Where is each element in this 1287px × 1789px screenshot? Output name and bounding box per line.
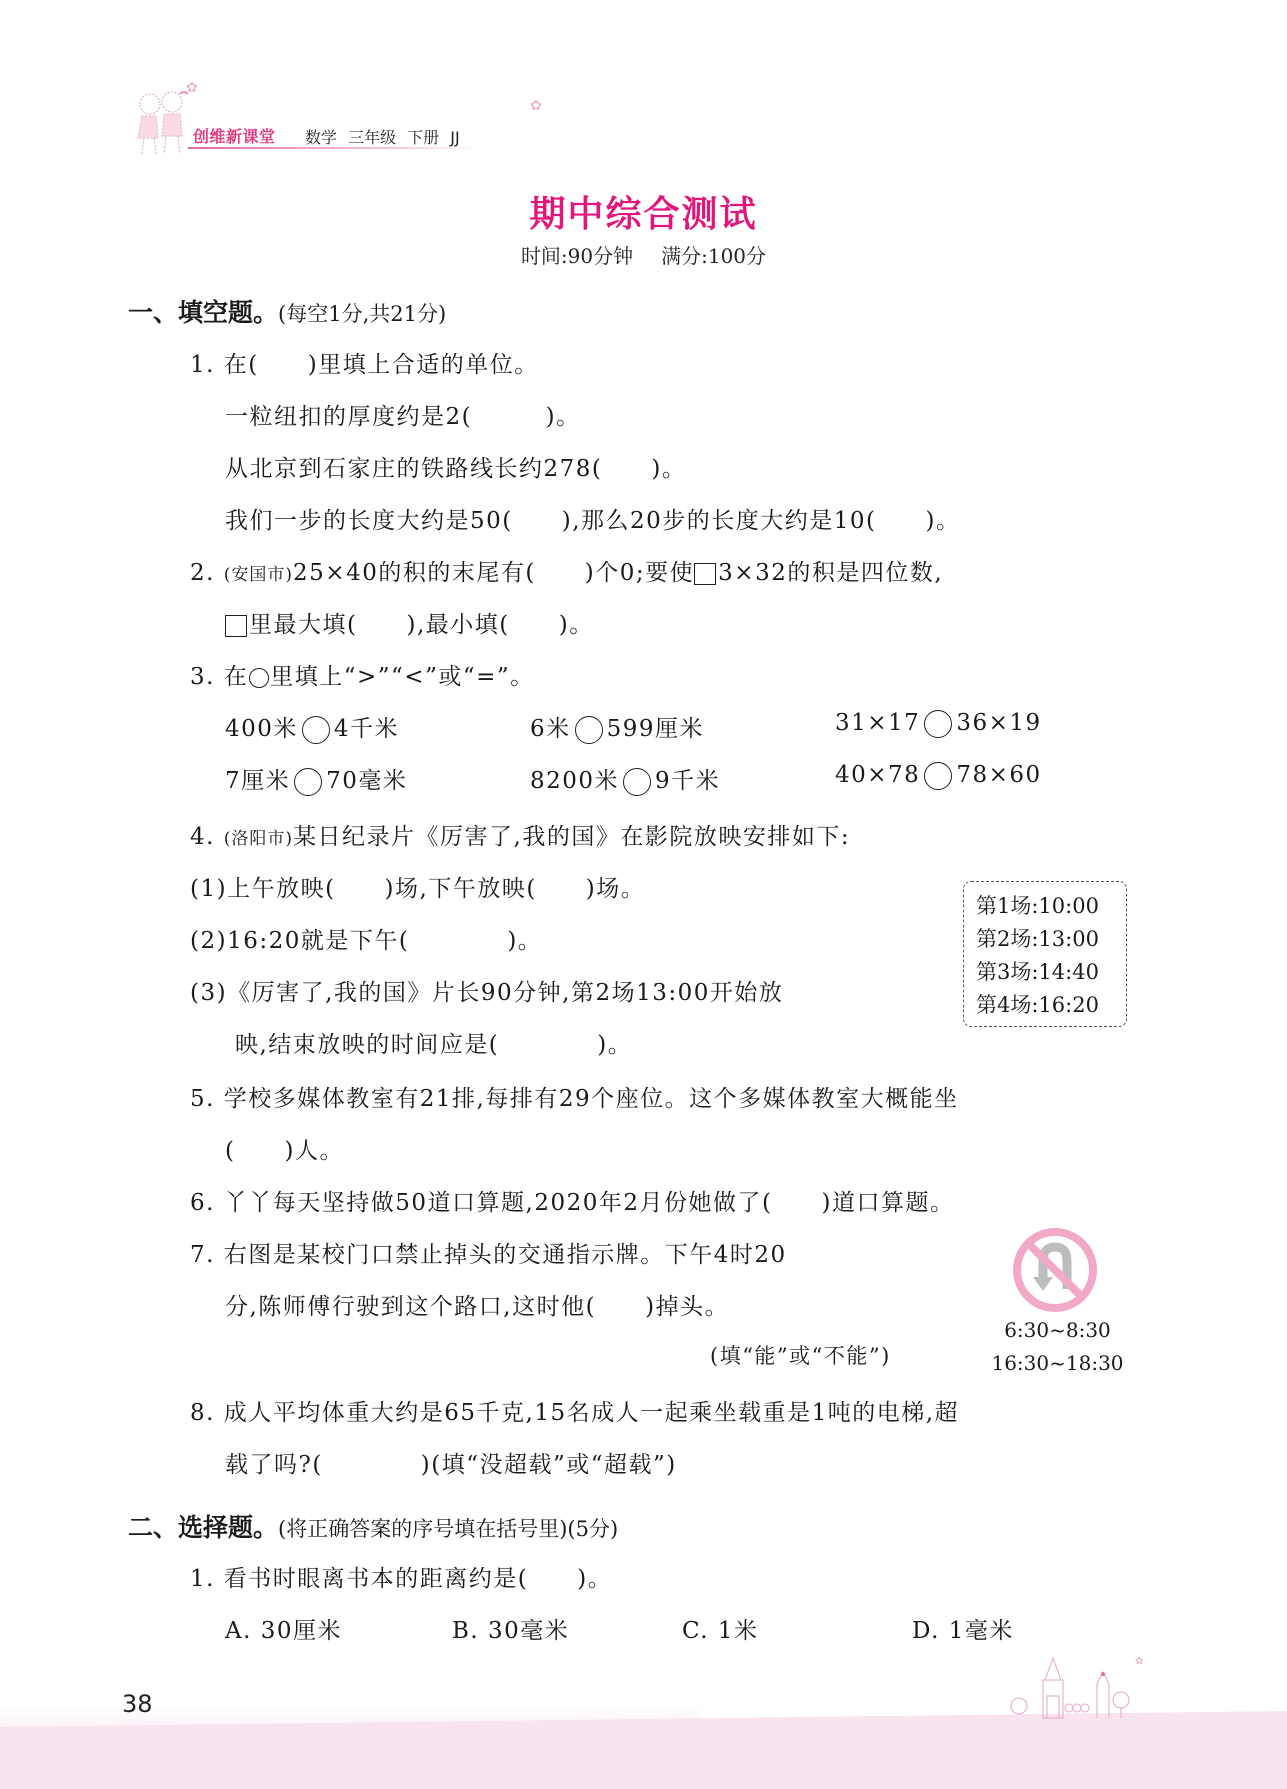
compare-item: 31×1736×19 bbox=[835, 710, 1042, 738]
question-8-line-1: 8. 成人平均体重大约是65千克,15名成人一起乘坐载重是1吨的电梯,超 bbox=[190, 1394, 959, 1427]
compare-item: 400米4千米 bbox=[225, 710, 399, 744]
circle-symbol bbox=[249, 668, 269, 688]
section-title: 二、选择题。 bbox=[128, 1513, 278, 1542]
question-4-stem: 4. (洛阳市)某日纪录片《厉害了,我的国》在影院放映安排如下: bbox=[190, 818, 850, 851]
question-7-hint: (填“能”或“不能”) bbox=[710, 1340, 891, 1370]
flower-decoration-icon: ✿ bbox=[530, 98, 542, 114]
option-b[interactable]: B. 30毫米 bbox=[452, 1612, 569, 1645]
page-title: 期中综合测试 bbox=[0, 186, 1287, 237]
question-1-line-3: 我们一步的长度大约是50( ),那么20步的长度大约是10( )。 bbox=[225, 502, 961, 535]
option-d[interactable]: D. 1毫米 bbox=[912, 1612, 1014, 1645]
option-a[interactable]: A. 30厘米 bbox=[225, 1612, 342, 1645]
schedule-row: 第2场:13:00 bbox=[976, 923, 1126, 956]
question-5-line-2: ( )人。 bbox=[225, 1132, 344, 1165]
compare-circle[interactable] bbox=[924, 710, 952, 738]
exam-full-score: 满分:100分 bbox=[661, 244, 766, 268]
question-4-part-1: (1)上午放映( )场,下午放映( )场。 bbox=[190, 870, 645, 903]
compare-circle[interactable] bbox=[302, 716, 330, 744]
question-5-line-1: 5. 学校多媒体教室有21排,每排有29个座位。这个多媒体教室大概能坐 bbox=[190, 1080, 959, 1113]
schedule-row: 第4场:16:20 bbox=[976, 989, 1126, 1022]
compare-item: 40×7878×60 bbox=[835, 762, 1042, 790]
course-info: 数学 三年级 下册 JJ bbox=[305, 125, 460, 148]
exam-info: 时间:90分钟满分:100分 bbox=[0, 240, 1287, 269]
page-number: 38 bbox=[122, 1690, 153, 1718]
question-4-part-2: (2)16:20就是下午( )。 bbox=[190, 922, 542, 955]
question-2-line-2: 里最大填( ),最小填( )。 bbox=[225, 606, 594, 639]
compare-circle[interactable] bbox=[924, 762, 952, 790]
blank-square bbox=[694, 563, 716, 585]
section-score-note: (将正确答案的序号填在括号里)(5分) bbox=[278, 1517, 618, 1541]
question-7-line-2: 分,陈师傅行驶到这个路口,这时他( )掉头。 bbox=[225, 1288, 729, 1321]
option-c[interactable]: C. 1米 bbox=[682, 1612, 759, 1645]
question-1-line-2: 从北京到石家庄的铁路线长约278( )。 bbox=[225, 450, 686, 483]
flower-decoration-icon: ✿ bbox=[186, 80, 198, 96]
section-title: 一、填空题。 bbox=[128, 298, 278, 327]
blank-square bbox=[225, 615, 247, 637]
cartoon-kids-illustration bbox=[128, 88, 198, 156]
question-4-part-3-cont: 映,结束放映的时间应是( )。 bbox=[235, 1026, 632, 1059]
sign-time-1: 6:30~8:30 bbox=[985, 1318, 1130, 1342]
section-score-note: (每空1分,共21分) bbox=[278, 302, 446, 326]
compare-item: 8200米9千米 bbox=[530, 762, 720, 796]
choice-question-1-stem: 1. 看书时眼离书本的距离约是( )。 bbox=[190, 1560, 612, 1593]
question-2-line-1: 2. (安国市)25×40的积的末尾有( )个0;要使3×32的积是四位数, bbox=[190, 554, 943, 587]
svg-text:✿: ✿ bbox=[1135, 1656, 1143, 1667]
question-1-stem: 1. 在( )里填上合适的单位。 bbox=[190, 346, 539, 379]
question-8-line-2: 载了吗?( )(填“没超载”或“超载”) bbox=[225, 1446, 677, 1479]
compare-item: 6米599厘米 bbox=[530, 710, 704, 744]
question-6: 6. 丫丫每天坚持做50道口算题,2020年2月份她做了( )道口算题。 bbox=[190, 1184, 954, 1217]
header-underline bbox=[188, 147, 478, 149]
question-3-stem: 3. 在里填上“>”“<”或“=”。 bbox=[190, 658, 535, 691]
question-4-part-3: (3)《厉害了,我的国》片长90分钟,第2场13:00开始放 bbox=[190, 974, 783, 1007]
section-choice-heading: 二、选择题。(将正确答案的序号填在括号里)(5分) bbox=[128, 1508, 618, 1544]
section-fill-in-heading: 一、填空题。(每空1分,共21分) bbox=[128, 293, 446, 329]
compare-circle[interactable] bbox=[575, 716, 603, 744]
question-7-line-1: 7. 右图是某校门口禁止掉头的交通指示牌。下午4时20 bbox=[190, 1236, 787, 1269]
compare-circle[interactable] bbox=[294, 768, 322, 796]
schedule-row: 第1场:10:00 bbox=[976, 890, 1126, 923]
exam-time: 时间:90分钟 bbox=[521, 244, 633, 268]
question-1-line-1: 一粒纽扣的厚度约是2( )。 bbox=[225, 398, 581, 431]
compare-item: 7厘米70毫米 bbox=[225, 762, 407, 796]
screening-schedule-box: 第1场:10:00 第2场:13:00 第3场:14:40 第4场:16:20 bbox=[963, 881, 1127, 1027]
castle-decoration-icon: ✿ ✿ bbox=[985, 1650, 1165, 1720]
question-source: (安国市) bbox=[224, 565, 293, 585]
compare-circle[interactable] bbox=[623, 768, 651, 796]
schedule-row: 第3场:14:40 bbox=[976, 956, 1126, 989]
brand-name: 创维新课堂 bbox=[193, 124, 276, 147]
question-source: (洛阳市) bbox=[224, 829, 293, 849]
sign-time-2: 16:30~18:30 bbox=[985, 1351, 1130, 1375]
no-u-turn-sign-icon bbox=[1010, 1225, 1100, 1315]
